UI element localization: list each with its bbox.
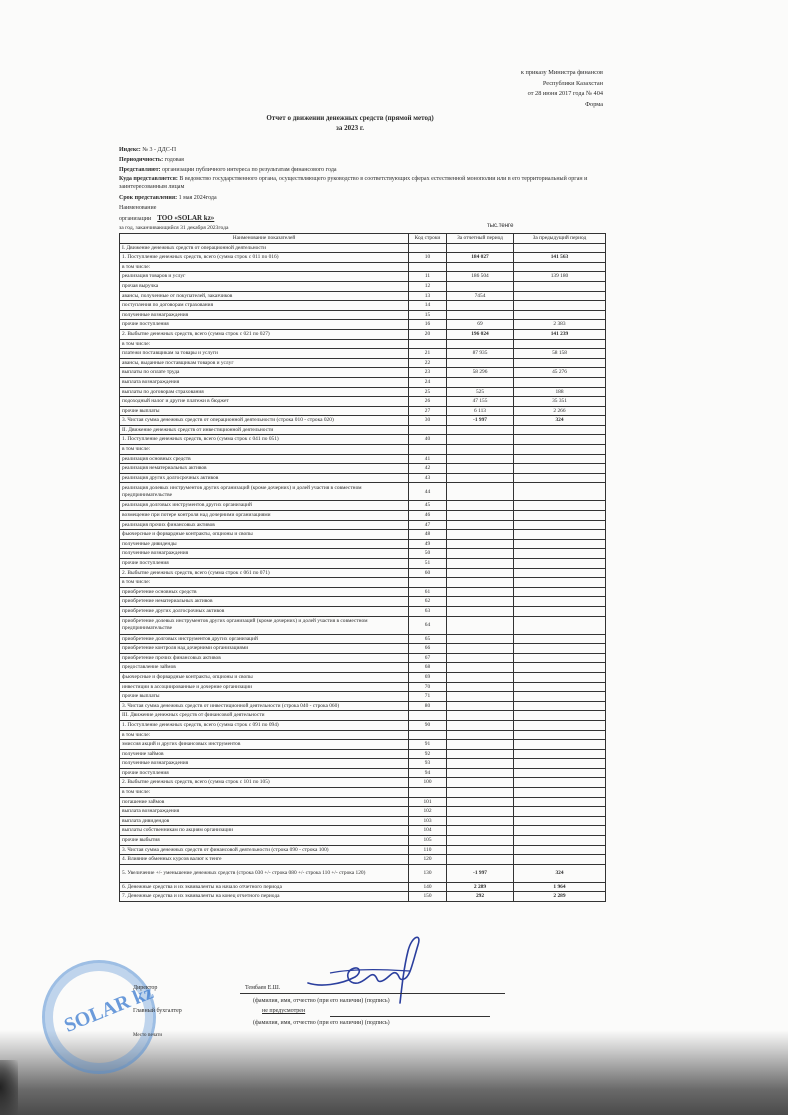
row-prior [514,711,606,721]
row-current [447,310,514,320]
header-current: За отчетный период [447,234,514,244]
table-row: получение займов92 [120,749,606,759]
row-name: выплаты собственникам по акциям организа… [120,826,409,836]
org-label-2: организации [119,216,151,222]
row-prior: 324 [514,864,606,882]
row-current [447,701,514,711]
row-code: 91 [409,740,447,750]
table-row: 1. Поступление денежных средств, всего (… [120,435,606,445]
row-prior [514,597,606,607]
row-name: инвестиции в ассоциированные и дочерние … [120,682,409,692]
row-current [447,672,514,682]
order-reference: к приказу Министра финансов Республики К… [521,68,603,110]
table-row: фьючерсные и форвардные контракты, опцио… [120,530,606,540]
row-name: выплата вознаграждения [120,377,409,387]
row-prior [514,310,606,320]
accountant-caption: (фамилия, имя, отчество (при его наличии… [253,1020,390,1026]
row-current [447,653,514,663]
table-row: 7. Денежные средства и их эквиваленты на… [120,892,606,902]
row-prior [514,425,606,435]
row-prior [514,672,606,682]
row-current [447,807,514,817]
table-row: предоставление займов68 [120,663,606,673]
row-prior [514,740,606,750]
table-row: прочие выплаты71 [120,692,606,702]
row-name: эмиссия акций и других финансовых инстру… [120,740,409,750]
row-name: в том числе: [120,788,409,798]
index-value: № 3 - ДДС-П [142,147,176,153]
unit-label: тыс.тенге [487,223,513,229]
row-current [447,749,514,759]
table-row: авансы, выданные поставщикам товаров и у… [120,358,606,368]
table-row: фьючерсные и форвардные контракты, опцио… [120,672,606,682]
row-current [447,445,514,455]
row-current [447,855,514,865]
row-name: прочая выручка [120,281,409,291]
row-code: 46 [409,511,447,521]
row-code [409,730,447,740]
row-current [447,262,514,272]
row-code: 63 [409,606,447,616]
row-prior [514,855,606,865]
table-row: реализация долговых инструментов других … [120,501,606,511]
row-prior [514,616,606,634]
row-name: в том числе: [120,445,409,455]
row-prior: 58 158 [514,349,606,359]
order-line: Республики Казахстан [521,79,603,90]
row-name: 6. Денежные средства и их эквиваленты на… [120,882,409,892]
row-current [447,483,514,501]
accountant-signature-line [330,1016,490,1017]
row-code: 101 [409,797,447,807]
row-current [447,454,514,464]
form-label: Форма [521,100,603,111]
table-row: в том числе: [120,730,606,740]
director-name: Тембаев Е.Ш. [245,985,280,991]
row-code: 66 [409,644,447,654]
report-title: Отчет о движении денежных средств (прямо… [240,113,460,123]
table-row: в том числе: [120,339,606,349]
row-current: -1 997 [447,416,514,426]
row-current [447,788,514,798]
row-current [447,845,514,855]
document-title: Отчет о движении денежных средств (прямо… [240,113,460,133]
row-prior: 35 351 [514,397,606,407]
row-prior: 139 180 [514,272,606,282]
row-name: в том числе: [120,730,409,740]
row-name: 5. Увеличение +/- уменьшение денежных ср… [120,864,409,882]
row-name: приобретение контроля над дочерними орга… [120,644,409,654]
row-prior [514,501,606,511]
row-current: 292 [447,892,514,902]
row-current [447,606,514,616]
row-current: 525 [447,387,514,397]
row-current [447,243,514,253]
table-row: эмиссия акций и других финансовых инстру… [120,740,606,750]
row-name: выплата вознаграждения [120,807,409,817]
deadline-label: Срок представления: [119,195,177,201]
row-prior [514,720,606,730]
table-row: реализация прочих финансовых активов47 [120,520,606,530]
row-prior [514,759,606,769]
row-prior [514,606,606,616]
row-name: реализация товаров и услуг [120,272,409,282]
row-prior [514,816,606,826]
row-code: 80 [409,701,447,711]
row-code: 51 [409,559,447,569]
row-name: I. Движение денежных средств от операцио… [120,243,409,253]
row-prior [514,539,606,549]
table-row: 6. Денежные средства и их эквиваленты на… [120,882,606,892]
row-prior [514,701,606,711]
table-row: приобретение долевых инструментов других… [120,616,606,634]
table-row: в том числе: [120,578,606,588]
row-prior [514,836,606,846]
header-code: Код строки [409,234,447,244]
row-prior [514,682,606,692]
row-prior [514,692,606,702]
table-row: прочие поступления16692 383 [120,320,606,330]
row-name: выплаты по договорам страхования [120,387,409,397]
row-current [447,663,514,673]
row-name: фьючерсные и форвардные контракты, опцио… [120,672,409,682]
row-name: выплаты по оплате труда [120,368,409,378]
row-current [447,720,514,730]
table-row: 3. Чистая сумма денежных средств от инве… [120,701,606,711]
row-current [447,597,514,607]
row-current: 2 289 [447,882,514,892]
director-caption: (фамилия, имя, отчество (при его наличии… [253,998,390,1004]
table-row: поступления по договорам страхования14 [120,301,606,311]
table-row: приобретение прочих финансовых активов67 [120,653,606,663]
row-prior: 188 [514,387,606,397]
table-row: прочие поступления94 [120,768,606,778]
row-current [447,377,514,387]
row-code [409,425,447,435]
row-code [409,339,447,349]
row-code: 45 [409,501,447,511]
row-prior [514,568,606,578]
row-prior: 45 276 [514,368,606,378]
row-name: 2. Выбытие денежных средств, всего (сумм… [120,329,409,339]
row-prior [514,358,606,368]
table-row: прочие выбытия105 [120,836,606,846]
row-code: 23 [409,368,447,378]
row-name: получение займов [120,749,409,759]
table-row: приобретение основных средств61 [120,587,606,597]
row-code: 61 [409,587,447,597]
row-code: 60 [409,568,447,578]
table-row: 2. Выбытие денежных средств, всего (сумм… [120,778,606,788]
row-code: 41 [409,454,447,464]
row-prior [514,339,606,349]
row-name: в том числе: [120,578,409,588]
row-name: 4. Влияние обменных курсов валют к тенге [120,855,409,865]
row-code: 22 [409,358,447,368]
row-code: 62 [409,597,447,607]
row-prior [514,530,606,540]
row-name: полученные вознаграждения [120,759,409,769]
row-name: приобретение прочих финансовых активов [120,653,409,663]
row-code: 11 [409,272,447,282]
row-current [447,511,514,521]
row-prior [514,663,606,673]
row-code: 20 [409,329,447,339]
row-prior [514,634,606,644]
row-current [447,559,514,569]
row-code: 16 [409,320,447,330]
row-prior: 141 239 [514,329,606,339]
row-code: 105 [409,836,447,846]
table-body: I. Движение денежных средств от операцио… [120,243,606,901]
row-name: реализация других долгосрочных активов [120,473,409,483]
row-current [447,816,514,826]
row-name: полученные дивиденды [120,539,409,549]
table-row: в том числе: [120,788,606,798]
row-code: 103 [409,816,447,826]
row-name: 2. Выбытие денежных средств, всего (сумм… [120,778,409,788]
row-name: 1. Поступление денежных средств, всего (… [120,253,409,263]
table-row: 1. Поступление денежных средств, всего (… [120,720,606,730]
row-prior [514,291,606,301]
row-code: 140 [409,882,447,892]
row-code: 44 [409,483,447,501]
row-code: 24 [409,377,447,387]
row-current [447,759,514,769]
row-code: 49 [409,539,447,549]
row-code: 100 [409,778,447,788]
director-label: Директор [133,985,157,991]
row-name: III. Движение денежных средств от финанс… [120,711,409,721]
row-current: 186 504 [447,272,514,282]
row-code: 64 [409,616,447,634]
row-code: 26 [409,397,447,407]
row-name: 3. Чистая сумма денежных средств от фина… [120,845,409,855]
row-prior: 324 [514,416,606,426]
row-code [409,711,447,721]
order-line: от 28 июня 2017 года № 404 [521,89,603,100]
row-prior [514,559,606,569]
table-row: реализация долевых инструментов других о… [120,483,606,501]
row-prior [514,768,606,778]
table-row: I. Движение денежных средств от операцио… [120,243,606,253]
row-code: 65 [409,634,447,644]
row-name: прочие выплаты [120,692,409,702]
row-prior [514,549,606,559]
table-row: 5. Увеличение +/- уменьшение денежных ср… [120,864,606,882]
row-current [447,836,514,846]
row-code: 94 [409,768,447,778]
row-name: прочие выбытия [120,836,409,846]
table-row: возмещение при потере контроля над дочер… [120,511,606,521]
row-current: 7454 [447,291,514,301]
table-row: прочие выплаты276 1132 266 [120,406,606,416]
row-name: прочие выплаты [120,406,409,416]
row-current [447,768,514,778]
row-current [447,740,514,750]
row-code: 25 [409,387,447,397]
row-prior [514,730,606,740]
row-current [447,339,514,349]
table-row: приобретение долговых инструментов други… [120,634,606,644]
table-row: реализация нематериальных активов42 [120,464,606,474]
row-name: прочие поступления [120,768,409,778]
row-prior [514,281,606,291]
row-code: 13 [409,291,447,301]
row-prior [514,262,606,272]
report-meta: Индекс: № 3 - ДДС-П Периодичность: годов… [119,145,619,224]
table-row: прочая выручка12 [120,281,606,291]
table-row: в том числе: [120,262,606,272]
row-current [447,826,514,836]
period-line: за год, заканчивающийся 31 декабря 2023г… [119,225,228,231]
row-code: 71 [409,692,447,702]
row-name: платежи поставщикам за товары и услуги [120,349,409,359]
row-prior [514,807,606,817]
row-prior [514,578,606,588]
row-current [447,797,514,807]
row-current [447,520,514,530]
row-prior [514,778,606,788]
table-row: II. Движение денежных средств от инвести… [120,425,606,435]
row-current [447,692,514,702]
report-period: за 2023 г. [240,123,460,133]
row-name: реализация нематериальных активов [120,464,409,474]
row-current [447,281,514,291]
row-prior: 1 964 [514,882,606,892]
row-name: полученные вознаграждения [120,549,409,559]
row-current: 6 113 [447,406,514,416]
index-label: Индекс: [119,147,141,153]
row-current [447,425,514,435]
row-name: предоставление займов [120,663,409,673]
cash-flow-table: Наименование показателей Код строки За о… [119,233,606,902]
row-name: возмещение при потере контроля над дочер… [120,511,409,521]
row-current [447,549,514,559]
row-prior: 2 266 [514,406,606,416]
row-name: подоходный налог и другие платежи в бюдж… [120,397,409,407]
row-prior [514,511,606,521]
org-label-1: Наименование [119,203,619,213]
row-name: реализация долговых инструментов других … [120,501,409,511]
row-prior: 2 289 [514,892,606,902]
row-prior [514,483,606,501]
row-current [447,587,514,597]
row-current: 184 027 [447,253,514,263]
row-name: прочие поступления [120,559,409,569]
row-current: -1 997 [447,864,514,882]
table-row: полученные вознаграждения50 [120,549,606,559]
row-prior [514,788,606,798]
row-prior [514,301,606,311]
row-current [447,578,514,588]
row-current [447,435,514,445]
table-row: реализация основных средств41 [120,454,606,464]
row-code: 104 [409,826,447,836]
row-prior [514,377,606,387]
row-code: 10 [409,253,447,263]
row-code: 110 [409,845,447,855]
row-current [447,530,514,540]
table-row: III. Движение денежных средств от финанс… [120,711,606,721]
row-code [409,243,447,253]
row-prior [514,749,606,759]
row-current [447,464,514,474]
submitters-label: Представляют: [119,167,161,173]
table-row: выплаты собственникам по акциям организа… [120,826,606,836]
row-name: в том числе: [120,339,409,349]
table-row: приобретение других долгосрочных активов… [120,606,606,616]
stamp-place: Место печати [133,1033,162,1038]
row-current [447,568,514,578]
table-row: реализация товаров и услуг11186 504139 1… [120,272,606,282]
where-value: В ведомство государственного органа, осу… [119,176,587,190]
row-current: 58 296 [447,368,514,378]
row-name: реализация прочих финансовых активов [120,520,409,530]
row-current: 47 155 [447,397,514,407]
table-row: 2. Выбытие денежных средств, всего (сумм… [120,568,606,578]
row-current [447,711,514,721]
row-code [409,578,447,588]
table-row: реализация других долгосрочных активов43 [120,473,606,483]
row-name: приобретение долевых инструментов других… [120,616,409,634]
row-code: 30 [409,416,447,426]
table-row: 3. Чистая сумма денежных средств от опер… [120,416,606,426]
row-code: 70 [409,682,447,692]
row-prior [514,826,606,836]
row-name: прочие поступления [120,320,409,330]
row-code: 12 [409,281,447,291]
row-code: 68 [409,663,447,673]
row-current [447,539,514,549]
row-code: 120 [409,855,447,865]
table-row: инвестиции в ассоциированные и дочерние … [120,682,606,692]
row-name: II. Движение денежных средств от инвести… [120,425,409,435]
row-current [447,682,514,692]
row-prior [514,435,606,445]
row-name: 3. Чистая сумма денежных средств от опер… [120,416,409,426]
table-row: приобретение контроля над дочерними орга… [120,644,606,654]
table-row: приобретение нематериальных активов62 [120,597,606,607]
row-current [447,473,514,483]
row-current [447,501,514,511]
row-name: в том числе: [120,262,409,272]
row-prior [514,845,606,855]
table-row: полученные дивиденды49 [120,539,606,549]
row-current: 196 024 [447,329,514,339]
row-code: 92 [409,749,447,759]
row-current [447,301,514,311]
row-name: приобретение долговых инструментов други… [120,634,409,644]
table-row: 2. Выбытие денежных средств, всего (сумм… [120,329,606,339]
row-prior [514,454,606,464]
table-row: платежи поставщикам за товары и услуги21… [120,349,606,359]
row-code [409,445,447,455]
row-prior [514,243,606,253]
table-row: 4. Влияние обменных курсов валют к тенге… [120,855,606,865]
table-row: выплата дивидендов103 [120,816,606,826]
table-row: подоходный налог и другие платежи в бюдж… [120,397,606,407]
row-name: 1. Поступление денежных средств, всего (… [120,435,409,445]
table-row: 1. Поступление денежных средств, всего (… [120,253,606,263]
row-code [409,262,447,272]
table-row: полученные вознаграждения93 [120,759,606,769]
row-code: 21 [409,349,447,359]
table-row: полученные вознаграждения15 [120,310,606,320]
row-code [409,788,447,798]
row-prior: 141 563 [514,253,606,263]
row-current [447,778,514,788]
